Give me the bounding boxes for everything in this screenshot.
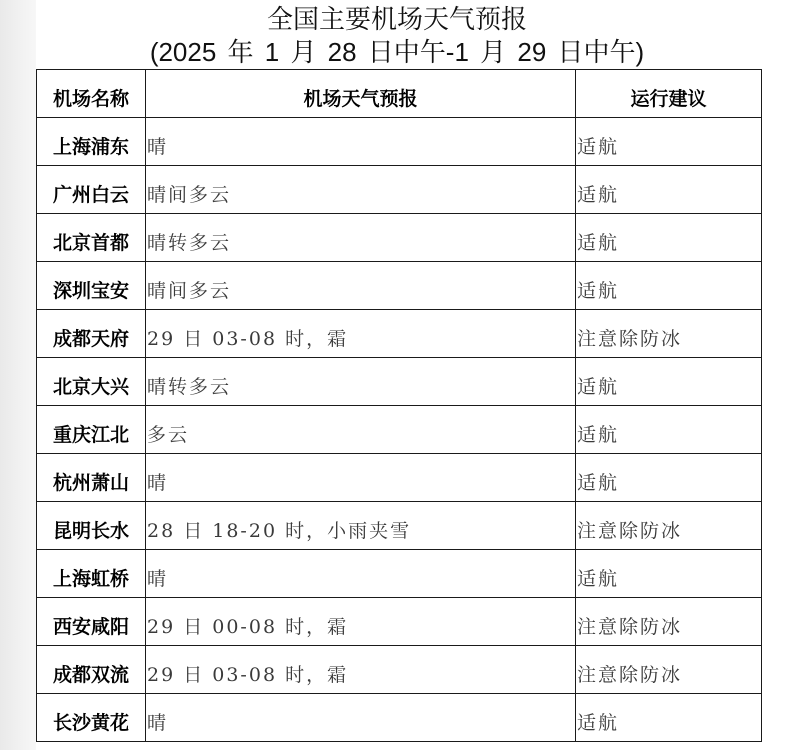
weather-forecast: 晴	[146, 694, 576, 742]
airport-forecast-table: 机场名称 机场天气预报 运行建议 上海浦东 晴 适航 广州白云 晴间多云 适航 …	[36, 69, 762, 742]
operation-advice: 适航	[576, 694, 762, 742]
airport-name: 昆明长水	[37, 502, 146, 550]
table-row: 成都天府 29 日 03-08 时，霜 注意除防冰	[37, 310, 762, 358]
airport-name: 成都双流	[37, 646, 146, 694]
header-weather-forecast: 机场天气预报	[146, 70, 576, 118]
page-margin	[0, 0, 36, 750]
operation-advice: 适航	[576, 262, 762, 310]
table-row: 深圳宝安 晴间多云 适航	[37, 262, 762, 310]
airport-name: 北京大兴	[37, 358, 146, 406]
weather-forecast: 多云	[146, 406, 576, 454]
weather-forecast: 晴转多云	[146, 358, 576, 406]
weather-forecast: 28 日 18-20 时，小雨夹雪	[146, 502, 576, 550]
airport-name: 重庆江北	[37, 406, 146, 454]
airport-name: 长沙黄花	[37, 694, 146, 742]
airport-name: 上海浦东	[37, 118, 146, 166]
table-row: 重庆江北 多云 适航	[37, 406, 762, 454]
weather-forecast: 晴间多云	[146, 262, 576, 310]
operation-advice: 注意除防冰	[576, 310, 762, 358]
header-airport-name: 机场名称	[37, 70, 146, 118]
operation-advice: 注意除防冰	[576, 502, 762, 550]
operation-advice: 适航	[576, 454, 762, 502]
table-row: 上海浦东 晴 适航	[37, 118, 762, 166]
weather-forecast: 晴转多云	[146, 214, 576, 262]
weather-forecast: 晴	[146, 550, 576, 598]
weather-forecast: 晴	[146, 454, 576, 502]
weather-forecast: 29 日 00-08 时，霜	[146, 598, 576, 646]
operation-advice: 适航	[576, 406, 762, 454]
table-header-row: 机场名称 机场天气预报 运行建议	[37, 70, 762, 118]
table-row: 上海虹桥 晴 适航	[37, 550, 762, 598]
table-row: 北京首都 晴转多云 适航	[37, 214, 762, 262]
table-row: 昆明长水 28 日 18-20 时，小雨夹雪 注意除防冰	[37, 502, 762, 550]
operation-advice: 适航	[576, 550, 762, 598]
weather-forecast: 29 日 03-08 时，霜	[146, 310, 576, 358]
weather-forecast: 晴	[146, 118, 576, 166]
airport-name: 广州白云	[37, 166, 146, 214]
table-row: 杭州萧山 晴 适航	[37, 454, 762, 502]
airport-name: 上海虹桥	[37, 550, 146, 598]
operation-advice: 注意除防冰	[576, 598, 762, 646]
weather-forecast: 晴间多云	[146, 166, 576, 214]
table-row: 长沙黄花 晴 适航	[37, 694, 762, 742]
airport-name: 北京首都	[37, 214, 146, 262]
table-row: 成都双流 29 日 03-08 时，霜 注意除防冰	[37, 646, 762, 694]
table-row: 北京大兴 晴转多云 适航	[37, 358, 762, 406]
operation-advice: 适航	[576, 166, 762, 214]
airport-name: 深圳宝安	[37, 262, 146, 310]
table-row: 广州白云 晴间多云 适航	[37, 166, 762, 214]
airport-name: 杭州萧山	[37, 454, 146, 502]
operation-advice: 适航	[576, 358, 762, 406]
header-operation-advice: 运行建议	[576, 70, 762, 118]
table-row: 西安咸阳 29 日 00-08 时，霜 注意除防冰	[37, 598, 762, 646]
document-subtitle: (2025 年 1 月 28 日中午-1 月 29 日中午)	[0, 35, 794, 69]
operation-advice: 注意除防冰	[576, 646, 762, 694]
document-title: 全国主要机场天气预报	[0, 3, 794, 35]
weather-forecast: 29 日 03-08 时，霜	[146, 646, 576, 694]
operation-advice: 适航	[576, 118, 762, 166]
airport-name: 西安咸阳	[37, 598, 146, 646]
operation-advice: 适航	[576, 214, 762, 262]
airport-name: 成都天府	[37, 310, 146, 358]
